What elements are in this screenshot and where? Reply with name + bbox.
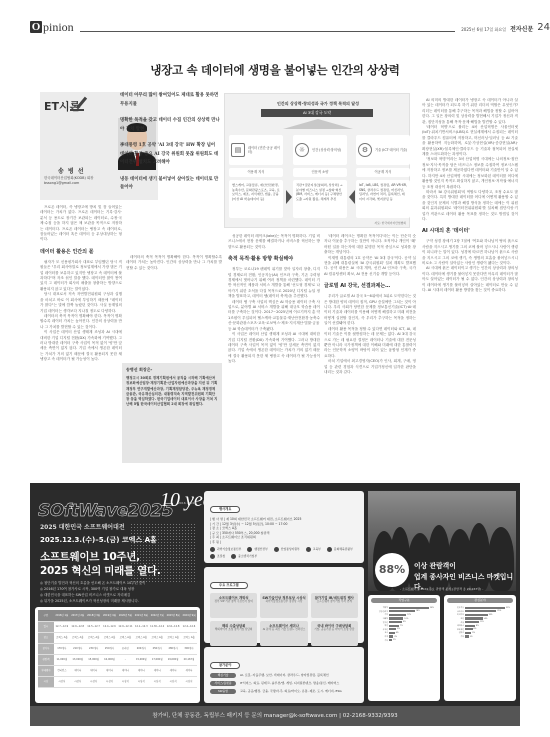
issue-date: 2025년 6월 17일 화요일 <box>461 27 506 33</box>
table-cell: 세미나 <box>70 665 86 676</box>
table-header: 2016년 1회 <box>54 610 70 621</box>
table-cell: 세미나 <box>165 665 181 676</box>
table-cell: 세미나 <box>149 665 165 676</box>
table-cell: 300개사 <box>181 643 197 654</box>
stat-line-1: 이상 관람객이 <box>414 560 456 570</box>
subhead: 데이터 활용은 인간의 몫 <box>40 249 122 255</box>
table-row: 참가사170개사210개사230개사250개사온라인200개사250개사280개… <box>38 643 197 654</box>
table-cell: 15,000명 <box>133 654 149 665</box>
pull-quote: 냉동 데이터에 생기 불어넣어 살아있는 데이터로 만들어야 <box>120 176 220 193</box>
sponsor-logo: 산업통상자원부 <box>274 547 300 552</box>
interest-area-chart: 관심분야 인공지능32%클라우드25%빅데이터18%보안14%로봇11%메타버스… <box>444 595 516 701</box>
table-cell: 170개사 <box>54 643 70 654</box>
table-cell: 11.30~12.2 <box>149 621 165 632</box>
table-cell: 시상식 <box>86 676 102 687</box>
chart-bar-row: 기타3% <box>447 635 513 639</box>
gear-icon: ⚙ <box>358 143 372 157</box>
table-cell: 12.7~12.9 <box>54 621 70 632</box>
softwave-advertisement: 10 years 2016 - 2025 SOftWave2025 2025 대… <box>30 483 520 726</box>
author-affiliation: 한국데이터산업협회(KODB) 회장 bssong1@gmail.com <box>44 176 93 186</box>
body-column-4: '데이터 레이크는 명확한 목적이다'라는 이는 단순히 숫자나 이윤을 추구하… <box>324 234 416 477</box>
table-cell: 시상식 <box>117 676 133 687</box>
table-cell: 시상식 <box>181 676 197 687</box>
table-cell: 250개사 <box>102 643 118 654</box>
masthead-rule <box>80 31 456 32</box>
stat-percent: 88% <box>375 553 409 587</box>
table-cell: 코엑스 A홀 <box>149 632 165 643</box>
table-cell: 15,000명 <box>86 654 102 665</box>
sponsor-logos: 과학기술정보통신부 행정안전부 산업통상자원부 교육부 문화체육관광부 조달청 … <box>210 547 358 559</box>
pull-quote: 데이터 아무리 많이 쌓여있어도 제대로 활용 못하면 무용지물 <box>120 92 220 109</box>
diagram-column-data: ▤데이터 (민간·공공 데이터) 이용계 지식 헬스케어, 교통물류, 재난안전… <box>229 135 283 218</box>
table-cell: 시상식 <box>165 676 181 687</box>
sponsor-logo: 교육부 <box>306 547 321 552</box>
program-card: 해외 수출상담회해외바이어 초청 참가기업 상담회 <box>210 621 257 646</box>
table-cell: 13,000명 <box>70 654 86 665</box>
sponsor-logo: 과학기술정보통신부 <box>210 547 241 552</box>
author-name: 송 병 선 <box>58 166 85 175</box>
table-cell: 세미나 <box>117 665 133 676</box>
table-header: 구분 <box>38 610 54 621</box>
sponsor-logo: 중소벤처기업부 <box>231 554 257 559</box>
body-column-3: 성공한 데이터 레이크(lake)는 목적이 명확하다. 기업 비즈니스에서 현… <box>228 234 320 477</box>
pen-underline <box>70 109 84 111</box>
event-info-pill: 행사개요 <box>210 506 240 513</box>
column-series-label: ET시론 <box>44 98 80 114</box>
fields-pill: 참가분야 <box>210 662 240 669</box>
table-cell: 관람객 <box>38 654 54 665</box>
table-cell: 16,000명 <box>102 654 118 665</box>
section-name: pinion <box>43 21 74 33</box>
programs-panel: 주요 프로그램 소프트웨이브 개막식정부 VIP 기관 참석 주요인사 참여 S… <box>204 567 364 643</box>
masthead: O pinion 2025년 6월 17일 화요일 전자신문 24 <box>30 17 550 33</box>
table-cell: 코엑스 A홀 <box>117 632 133 643</box>
table-row: 부대행사컨퍼런스세미나세미나세미나세미나세미나세미나세미나세미나 <box>38 665 197 676</box>
table-header: 2023년 8회 <box>165 610 181 621</box>
event-full-name: 2025 대한민국 소프트웨어대전 <box>40 522 125 531</box>
table-header: 2022년 7회 <box>149 610 165 621</box>
program-card: 소프트웨이브 세미나AI 분야 등 최신 기술 트렌드 컨퍼런스 <box>260 621 307 646</box>
table-cell: 코엑스 A홀 <box>86 632 102 643</box>
table-cell: 코엑스 A홀 <box>70 632 86 643</box>
ad-bullets: ◎ 첨단기술 발전과 혁신의 흐름을 선도해 온 소프트웨이브 10주년 맞이 … <box>40 580 200 604</box>
arrow-left-icon <box>349 190 355 204</box>
table-cell: 280개사 <box>165 643 181 654</box>
table-cell: 일시 <box>38 621 54 632</box>
diagram-triangle <box>283 119 353 129</box>
table-cell: 컨퍼런스 <box>54 665 70 676</box>
table-header: 2019년 4회 <box>102 610 118 621</box>
stat-note: - 소프트웨이브 2024 주요 관람객 분석 (관람객 총 20,167명) … <box>400 587 483 591</box>
table-cell: 210개사 <box>70 643 86 654</box>
years-range: 2016 - 2025 <box>178 501 196 505</box>
event-dates: 2025.12.3.(수)–5.(금) 코엑스 A홀 <box>40 535 157 545</box>
table-cell: 250개사 <box>149 643 165 654</box>
table-cell: 시상식 <box>133 676 149 687</box>
diagram-column-human: ☼인간 (상상력·창의성) 인문적 소양 직관+집단지성(창의력, 상상력) →… <box>293 135 347 218</box>
slogan-line-2: 2025 혁신의 미래를 열다. <box>40 563 161 578</box>
subhead: 글로벌 AI 강국, 선결과제는… <box>324 283 416 289</box>
program-card: 소프트웨이브 개막식정부 VIP 기관 참석 주요인사 참여 <box>210 593 257 618</box>
page-number: 24 <box>537 22 550 33</box>
diagram-source: 자료: 한국데이터산업협회 <box>374 221 406 225</box>
body-column-2: 데이터의 축적 목적이 명확해야 한다. 목적이 명확할수록 데이터 가치는 높… <box>126 255 222 360</box>
table-cell: 17,000명 <box>149 654 165 665</box>
sponsor-logo: 문화체육관광부 <box>327 547 353 552</box>
table-cell: 장소 <box>38 632 54 643</box>
data-icon: ▤ <box>231 143 245 157</box>
program-card: 국내 바이어 구매상담회기업, 공공기관 등 바이어 초청 상담 <box>311 621 358 646</box>
table-header: 2024년 9회 <box>181 610 197 621</box>
table-cell: 세미나 <box>102 665 118 676</box>
history-table: 구분2016년 1회2017년 2회2018년 3회2019년 4회2020년 … <box>35 607 200 703</box>
table-cell: 12.5~12.7 <box>86 621 102 632</box>
table-cell: 20,167명 <box>181 654 197 665</box>
table-cell: 부대행사 <box>38 665 54 676</box>
table-cell: 시상식 <box>54 676 70 687</box>
table-cell: – <box>117 654 133 665</box>
table-cell: 시상식 <box>149 676 165 687</box>
table-cell: 시상식 <box>102 676 118 687</box>
table-cell: 코엑스 A홀 <box>165 632 181 643</box>
table-cell: 세미나 <box>181 665 197 676</box>
pull-quote: 명확한 목적을 갖고 데이터 수집 인간의 상상력 만나야 가치 발현 <box>120 117 220 134</box>
table-cell: 12.4~12.6 <box>181 621 197 632</box>
table-cell: 19,000명 <box>165 654 181 665</box>
table-header: 2018년 3회 <box>86 610 102 621</box>
diagram-column-tech: ⚙기술 (ICT·데이터 기술) 이공계 지식 IoT, IoB, LBS, 컴… <box>356 135 410 218</box>
job-type-chart: 직업구분 개발자28%임원/관리자18%기획12%마케팅10%연구원9%영업7%… <box>368 595 440 701</box>
event-info-panel: 행사개요 | 행 사 명 | 제 10회 대한민국 소프트웨어 대전, 소프트웨… <box>204 491 364 563</box>
table-row: 일시12.7~12.912.6~12.812.5~12.712.4~12.612… <box>38 621 197 632</box>
author-email: bssong1@gmail.com <box>44 181 93 186</box>
body-column-1: 프로존 데이터, 즉 냉장고에 방치 및 잠 들어있는 데이터는 가치가 없다.… <box>40 205 122 477</box>
concept-diagram: 인간의 상상력·창의성과 국가 정책 목적의 달성 AI 3대 강국 도약 ▤데… <box>224 93 410 228</box>
table-cell: 12.1~12.3 <box>133 621 149 632</box>
programs-pill: 주요 프로그램 <box>210 582 248 589</box>
table-cell: 세미나 <box>86 665 102 676</box>
bio-text: 행정고시 30회로 경제기획원에서 공직을 시작해 기획예산처 정보화예산팀장·… <box>126 376 218 408</box>
pull-quotes: 데이터 아무리 많이 쌓여있어도 제대로 활용 못하면 무용지물 명확한 목적을… <box>120 92 220 201</box>
pull-quote: 李대통령 1호 공약 'AI 3대 강국' HW 확장 넘어 데이터 활용 중요… <box>120 142 220 168</box>
table-cell: 12.6~12.8 <box>165 621 181 632</box>
program-card: SW기술인상 정부포상 시상식과학기술정보통신부 장관상 시상 <box>260 593 307 618</box>
subhead: AI 시대의 혼 '데이터' <box>422 228 518 234</box>
table-cell: 시상 <box>38 676 54 687</box>
contact-bar: 참가비, 단체 공동관, 독립부스 패키지 등 문의 manager@k-sof… <box>30 706 520 726</box>
table-row: 관람객11,000명13,000명15,000명16,000명–15,000명1… <box>38 654 197 665</box>
opinion-logo-icon: O <box>30 21 42 33</box>
table-cell: 12.4~12.6 <box>102 621 118 632</box>
sponsor-logo: 행정안전부 <box>247 547 268 552</box>
table-header: 2021년 6회 <box>133 610 149 621</box>
table-cell: 200개사 <box>133 643 149 654</box>
table-cell: 코엑스 A홀 <box>102 632 118 643</box>
softwave-logo: SOftWave2025 <box>38 501 173 521</box>
paper-name: 전자신문 <box>510 26 533 33</box>
table-cell: 230개사 <box>86 643 102 654</box>
table-cell: 시상식 <box>70 676 86 687</box>
table-cell: 세미나 <box>133 665 149 676</box>
table-row: 장소코엑스 A홀코엑스 A홀코엑스 A홀코엑스 A홀코엑스 A홀코엑스 A홀코엑… <box>38 632 197 643</box>
table-cell: 코엑스 A홀 <box>181 632 197 643</box>
bio-title: 송병선 회장은- <box>126 367 218 373</box>
table-cell: 코엑스 A홀 <box>54 632 70 643</box>
sponsor-logo: 조달청 <box>210 554 225 559</box>
program-card: 참가기업 IR/네트워킹 행사소프트웨어 참가기업 투자 연계 <box>311 593 358 618</box>
chart-bar-row: 기타2% <box>371 638 437 642</box>
body-column-5: AI 의미의 방대한 데이터가 냉장고 속 데이터가 아니라 살아 있는 데이터… <box>422 98 518 477</box>
brain-icon: ☼ <box>295 143 309 157</box>
table-cell: 온라인 <box>117 643 133 654</box>
fields-panel: 참가분야 핵심기술AI, 로봇, 자율주행, 보안, 빅데이터, 클라우드, 양… <box>204 647 364 703</box>
table-cell: 11,000명 <box>54 654 70 665</box>
table-cell: 12.9~12.11 <box>117 621 133 632</box>
table-cell: 코엑스 A홀 <box>133 632 149 643</box>
table-cell: 12.6~12.8 <box>70 621 86 632</box>
table-header: 2017년 2회 <box>70 610 86 621</box>
slogan-line-1: 소프트웨이브 10주년, <box>40 549 140 564</box>
table-row: 시상시상식시상식시상식시상식시상식시상식시상식시상식시상식 <box>38 676 197 687</box>
diagram-goal-bar: AI 3대 강국 도약 <box>261 109 373 117</box>
diagram-title: 인간의 상상력·창의성과 국가 정책 목적의 달성 <box>225 101 411 107</box>
table-cell: 참가사 <box>38 643 54 654</box>
article-headline: 냉장고 속 데이터에 생명을 불어넣는 인간의 상상력 <box>0 62 550 78</box>
arrow-right-icon <box>286 190 292 204</box>
subhead: 축적 목적·활용 방향 확실해야 <box>228 256 320 262</box>
author-bio-box: 송병선 회장은- 행정고시 30회로 경제기획원에서 공직을 시작해 기획예산처… <box>122 363 222 463</box>
table-header: 2020년 5회 <box>117 610 133 621</box>
